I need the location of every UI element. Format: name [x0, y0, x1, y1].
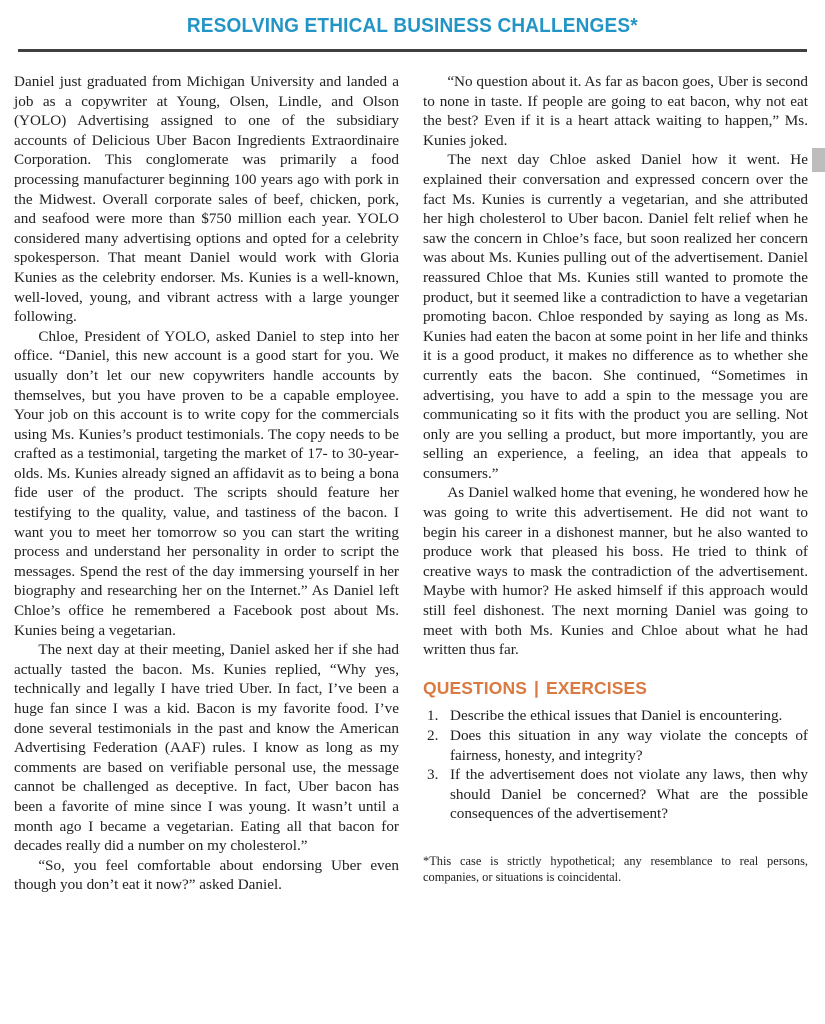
question-text: Describe the ethical issues that Daniel … [450, 706, 808, 726]
body-paragraph: “So, you feel comfortable about endorsin… [14, 856, 399, 895]
questions-heading-label: QUESTIONS [423, 678, 527, 698]
questions-list: 1. Describe the ethical issues that Dani… [423, 706, 808, 824]
hypothetical-case-footnote: *This case is strictly hypothetical; any… [423, 854, 808, 886]
question-item: 1. Describe the ethical issues that Dani… [423, 706, 808, 726]
body-paragraph: Chloe, President of YOLO, asked Daniel t… [14, 327, 399, 641]
heading-pipe-separator: | [527, 678, 546, 698]
textbook-page: RESOLVING ETHICAL BUSINESS CHALLENGES* D… [0, 0, 825, 1024]
body-paragraph: As Daniel walked home that evening, he w… [423, 483, 808, 659]
body-paragraph: The next day at their meeting, Daniel as… [14, 640, 399, 856]
question-number: 1. [423, 706, 450, 726]
right-column-paragraphs: “No question about it. As far as bacon g… [423, 72, 808, 660]
exercises-heading-label: EXERCISES [546, 678, 647, 698]
questions-exercises-section: QUESTIONS|EXERCISES 1. Describe the ethi… [423, 679, 808, 824]
questions-exercises-heading: QUESTIONS|EXERCISES [423, 679, 808, 699]
body-paragraph: The next day Chloe asked Daniel how it w… [423, 150, 808, 483]
left-column-paragraphs: Daniel just graduated from Michigan Univ… [14, 72, 399, 895]
question-text: If the advertisement does not violate an… [450, 765, 808, 824]
question-number: 3. [423, 765, 450, 785]
page-title: RESOLVING ETHICAL BUSINESS CHALLENGES* [187, 15, 638, 38]
question-text: Does this situation in any way violate t… [450, 726, 808, 765]
question-item: 3. If the advertisement does not violate… [423, 765, 808, 824]
right-column: “No question about it. As far as bacon g… [423, 72, 808, 895]
question-number: 2. [423, 726, 450, 746]
two-column-body: Daniel just graduated from Michigan Univ… [0, 52, 825, 895]
page-header: RESOLVING ETHICAL BUSINESS CHALLENGES* [0, 0, 825, 38]
left-column: Daniel just graduated from Michigan Univ… [14, 72, 399, 895]
scrollbar-thumb[interactable] [812, 148, 825, 172]
question-item: 2. Does this situation in any way violat… [423, 726, 808, 765]
body-paragraph: “No question about it. As far as bacon g… [423, 72, 808, 150]
body-paragraph: Daniel just graduated from Michigan Univ… [14, 72, 399, 327]
